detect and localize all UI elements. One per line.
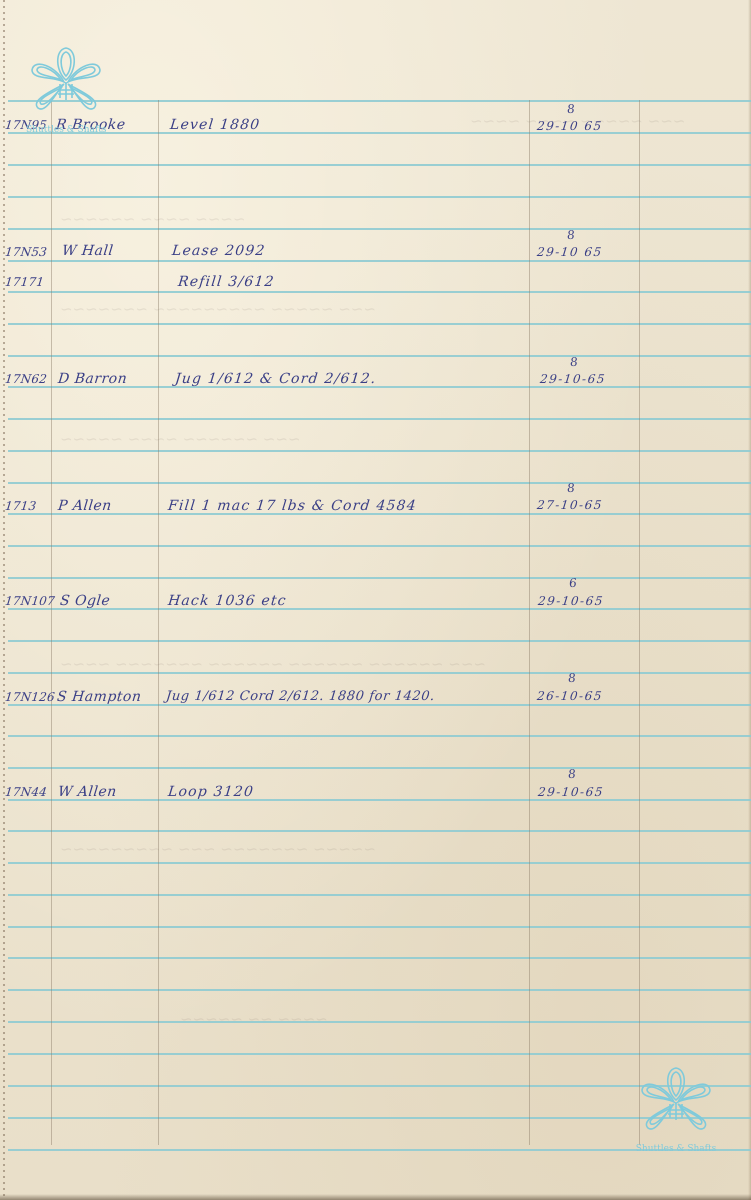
bleed-through-text: ~~~ ~~~~~ ~~~~~~~~~ ~~~~~~~ (60, 300, 376, 318)
entry-date-superscript: 8 (566, 102, 576, 116)
entry-date-superscript: 8 (566, 228, 576, 242)
page-edge-bottom (0, 1194, 751, 1200)
entry-description: Fill 1 mac 17 lbs & Cord 4584 (167, 498, 417, 514)
entry-date-superscript: 8 (569, 355, 579, 369)
entry-code: 17N62 (4, 372, 48, 386)
celtic-knot-icon (26, 42, 106, 122)
entry-date-superscript: 8 (567, 767, 577, 781)
bleed-through-text: ~~~~ ~~ ~~~~~ (180, 1010, 328, 1028)
entry-description: Refill 3/612 (177, 274, 275, 290)
entry-date: 26-10-65 (536, 689, 603, 703)
entry-date: 27-10-65 (536, 498, 603, 512)
column-divider (639, 100, 640, 1145)
ledger-page: ~~~ ~~~~~ ~~~~ ~~~~ ~~~~ ~~~~ ~~~~~~ ~~~… (0, 0, 751, 1200)
entry-date-superscript: 8 (566, 481, 576, 495)
watermark-logo (636, 1062, 716, 1142)
celtic-knot-icon (636, 1062, 716, 1142)
column-divider (529, 100, 530, 1145)
entry-date: 29-10-65 (539, 372, 606, 386)
entry-name: W Hall (61, 243, 114, 259)
bleed-through-text: ~~~~~ ~~~~~~~ ~~~ ~~~~~~~~~ (60, 840, 376, 858)
entry-code: 1713 (4, 499, 37, 513)
entry-name: S Hampton (56, 689, 142, 705)
entry-description: Jug 1/612 & Cord 2/612. (174, 371, 377, 387)
entry-code: 17N126 (4, 690, 55, 704)
bleed-through-text: ~~~ ~~~~~~ ~~~~~~ ~~~~~~ ~~~~~~~ ~~~~ (60, 655, 486, 673)
entry-code: 17N44 (4, 785, 48, 799)
entry-name: W Allen (57, 784, 117, 800)
watermark-logo (26, 42, 106, 122)
entry-code: 17N107 (4, 594, 55, 608)
watermark-text: Shuttles & Shafts (633, 1144, 719, 1154)
entry-date-superscript: 6 (568, 576, 578, 590)
entry-name: P Allen (57, 498, 112, 514)
bleed-through-text: ~~~ ~~~~~~ ~~~~ ~~~~~ (60, 430, 301, 448)
entry-description: Loop 3120 (167, 784, 255, 800)
entry-code: 17171 (4, 275, 45, 289)
entry-date: 29-10 65 (536, 245, 603, 259)
entry-name: S Ogle (59, 593, 111, 609)
column-divider (158, 100, 159, 1145)
entry-date: 29-10-65 (537, 785, 604, 799)
entry-description: Jug 1/612 Cord 2/612. 1880 for 1420. (165, 689, 435, 704)
entry-date: 29-10 65 (536, 119, 603, 133)
entry-date-superscript: 8 (567, 671, 577, 685)
bleed-through-text: ~~~~ ~~~~ ~~~~~~ (60, 210, 246, 228)
entry-code: 17N53 (4, 245, 48, 259)
watermark-text: Shuttles & Shafts (26, 125, 106, 135)
entry-description: Level 1880 (169, 117, 261, 133)
entry-description: Hack 1036 etc (167, 593, 287, 609)
entry-description: Lease 2092 (171, 243, 266, 259)
column-divider (51, 100, 52, 1145)
entry-name: D Barron (57, 371, 128, 387)
entry-date: 29-10-65 (537, 594, 604, 608)
